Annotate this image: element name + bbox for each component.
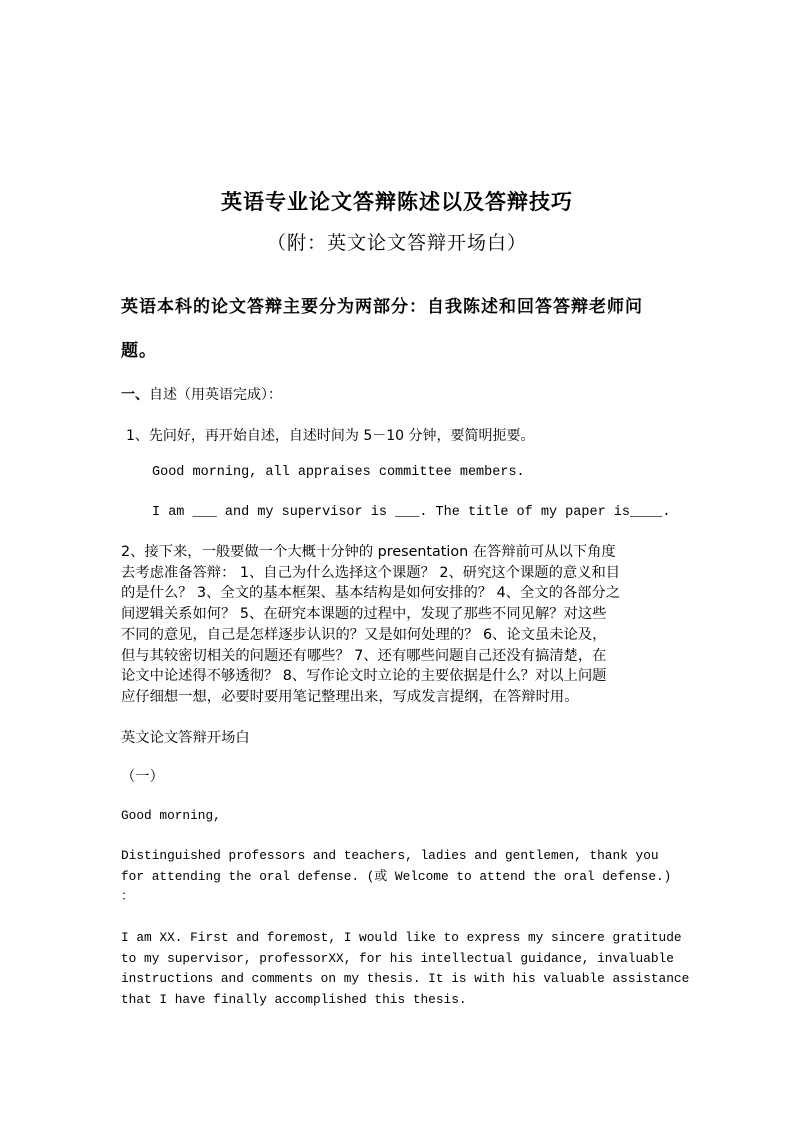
paragraph-line: Distinguished professors and teachers, l…: [121, 846, 681, 867]
opening-paragraph-2: I am XX. First and foremost, I would lik…: [121, 928, 681, 1011]
greeting-example: Good morning, all appraises committee me…: [152, 465, 525, 480]
lead-line-2: 题。: [121, 336, 157, 361]
paragraph-line: 2、接下来，一般要做一个大概十分钟的 presentation 在答辩前可从以下…: [121, 542, 681, 563]
item-1-text: 1、先问好，再开始自述，自述时间为 5－10 分钟，要简明扼要。: [126, 425, 535, 445]
document-subtitle: （附：英文论文答辩开场白）: [0, 228, 794, 255]
paragraph-line: instructions and comments on my thesis. …: [121, 969, 681, 990]
paragraph-line: for attending the oral defense. (或 Welco…: [121, 867, 681, 888]
opening-greeting: Good morning,: [121, 806, 681, 827]
paragraph-line: 不同的意见，自己是怎样逐步认识的？又是如何处理的？ 6、论文虽未论及，: [121, 625, 681, 646]
paragraph-line: I am XX. First and foremost, I would lik…: [121, 928, 681, 949]
paragraph-line: ：: [121, 887, 681, 908]
section-number: 一、: [121, 387, 149, 403]
paragraph-line: 但与其较密切相关的问题还有哪些？ 7、还有哪些问题自己还没有搞清楚，在: [121, 646, 681, 667]
opening-paragraph-1: Distinguished professors and teachers, l…: [121, 846, 681, 908]
lead-line-1: 英语本科的论文答辩主要分为两部分：自我陈述和回答答辩老师问: [121, 292, 643, 317]
section-title: 自述（用英语完成）：: [149, 387, 282, 403]
paragraph-line: that I have finally accomplished this th…: [121, 990, 681, 1011]
paragraph-line: to my supervisor, professorXX, for his i…: [121, 949, 681, 970]
paragraph-line: 的是什么？ 3、全文的基本框架、基本结构是如何安排的？ 4、全文的各部分之: [121, 583, 681, 604]
paragraph-line: 应仔细想一想，必要时要用笔记整理出来，写成发言提纲，在答辩时用。: [121, 687, 681, 708]
paragraph-line: 间逻辑关系如何？ 5、在研究本课题的过程中，发现了那些不同见解？对这些: [121, 604, 681, 625]
opening-heading: 英文论文答辩开场白: [121, 727, 250, 747]
paragraph-line: 论文中论述得不够透彻？ 8、写作论文时立论的主要依据是什么？对以上问题: [121, 666, 681, 687]
section-heading: 一、自述（用英语完成）：: [121, 384, 282, 404]
paragraph-line: 去考虑准备答辩： 1、自己为什么选择这个课题？ 2、研究这个课题的意义和目: [121, 563, 681, 584]
intro-example: I am ___ and my supervisor is ___. The t…: [152, 505, 670, 520]
part-label: （一）: [121, 766, 164, 786]
item-2-paragraph: 2、接下来，一般要做一个大概十分钟的 presentation 在答辩前可从以下…: [121, 542, 681, 708]
document-title: 英语专业论文答辩陈述以及答辩技巧: [0, 186, 794, 216]
document-page: 英语专业论文答辩陈述以及答辩技巧 （附：英文论文答辩开场白） 英语本科的论文答辩…: [0, 0, 794, 1123]
